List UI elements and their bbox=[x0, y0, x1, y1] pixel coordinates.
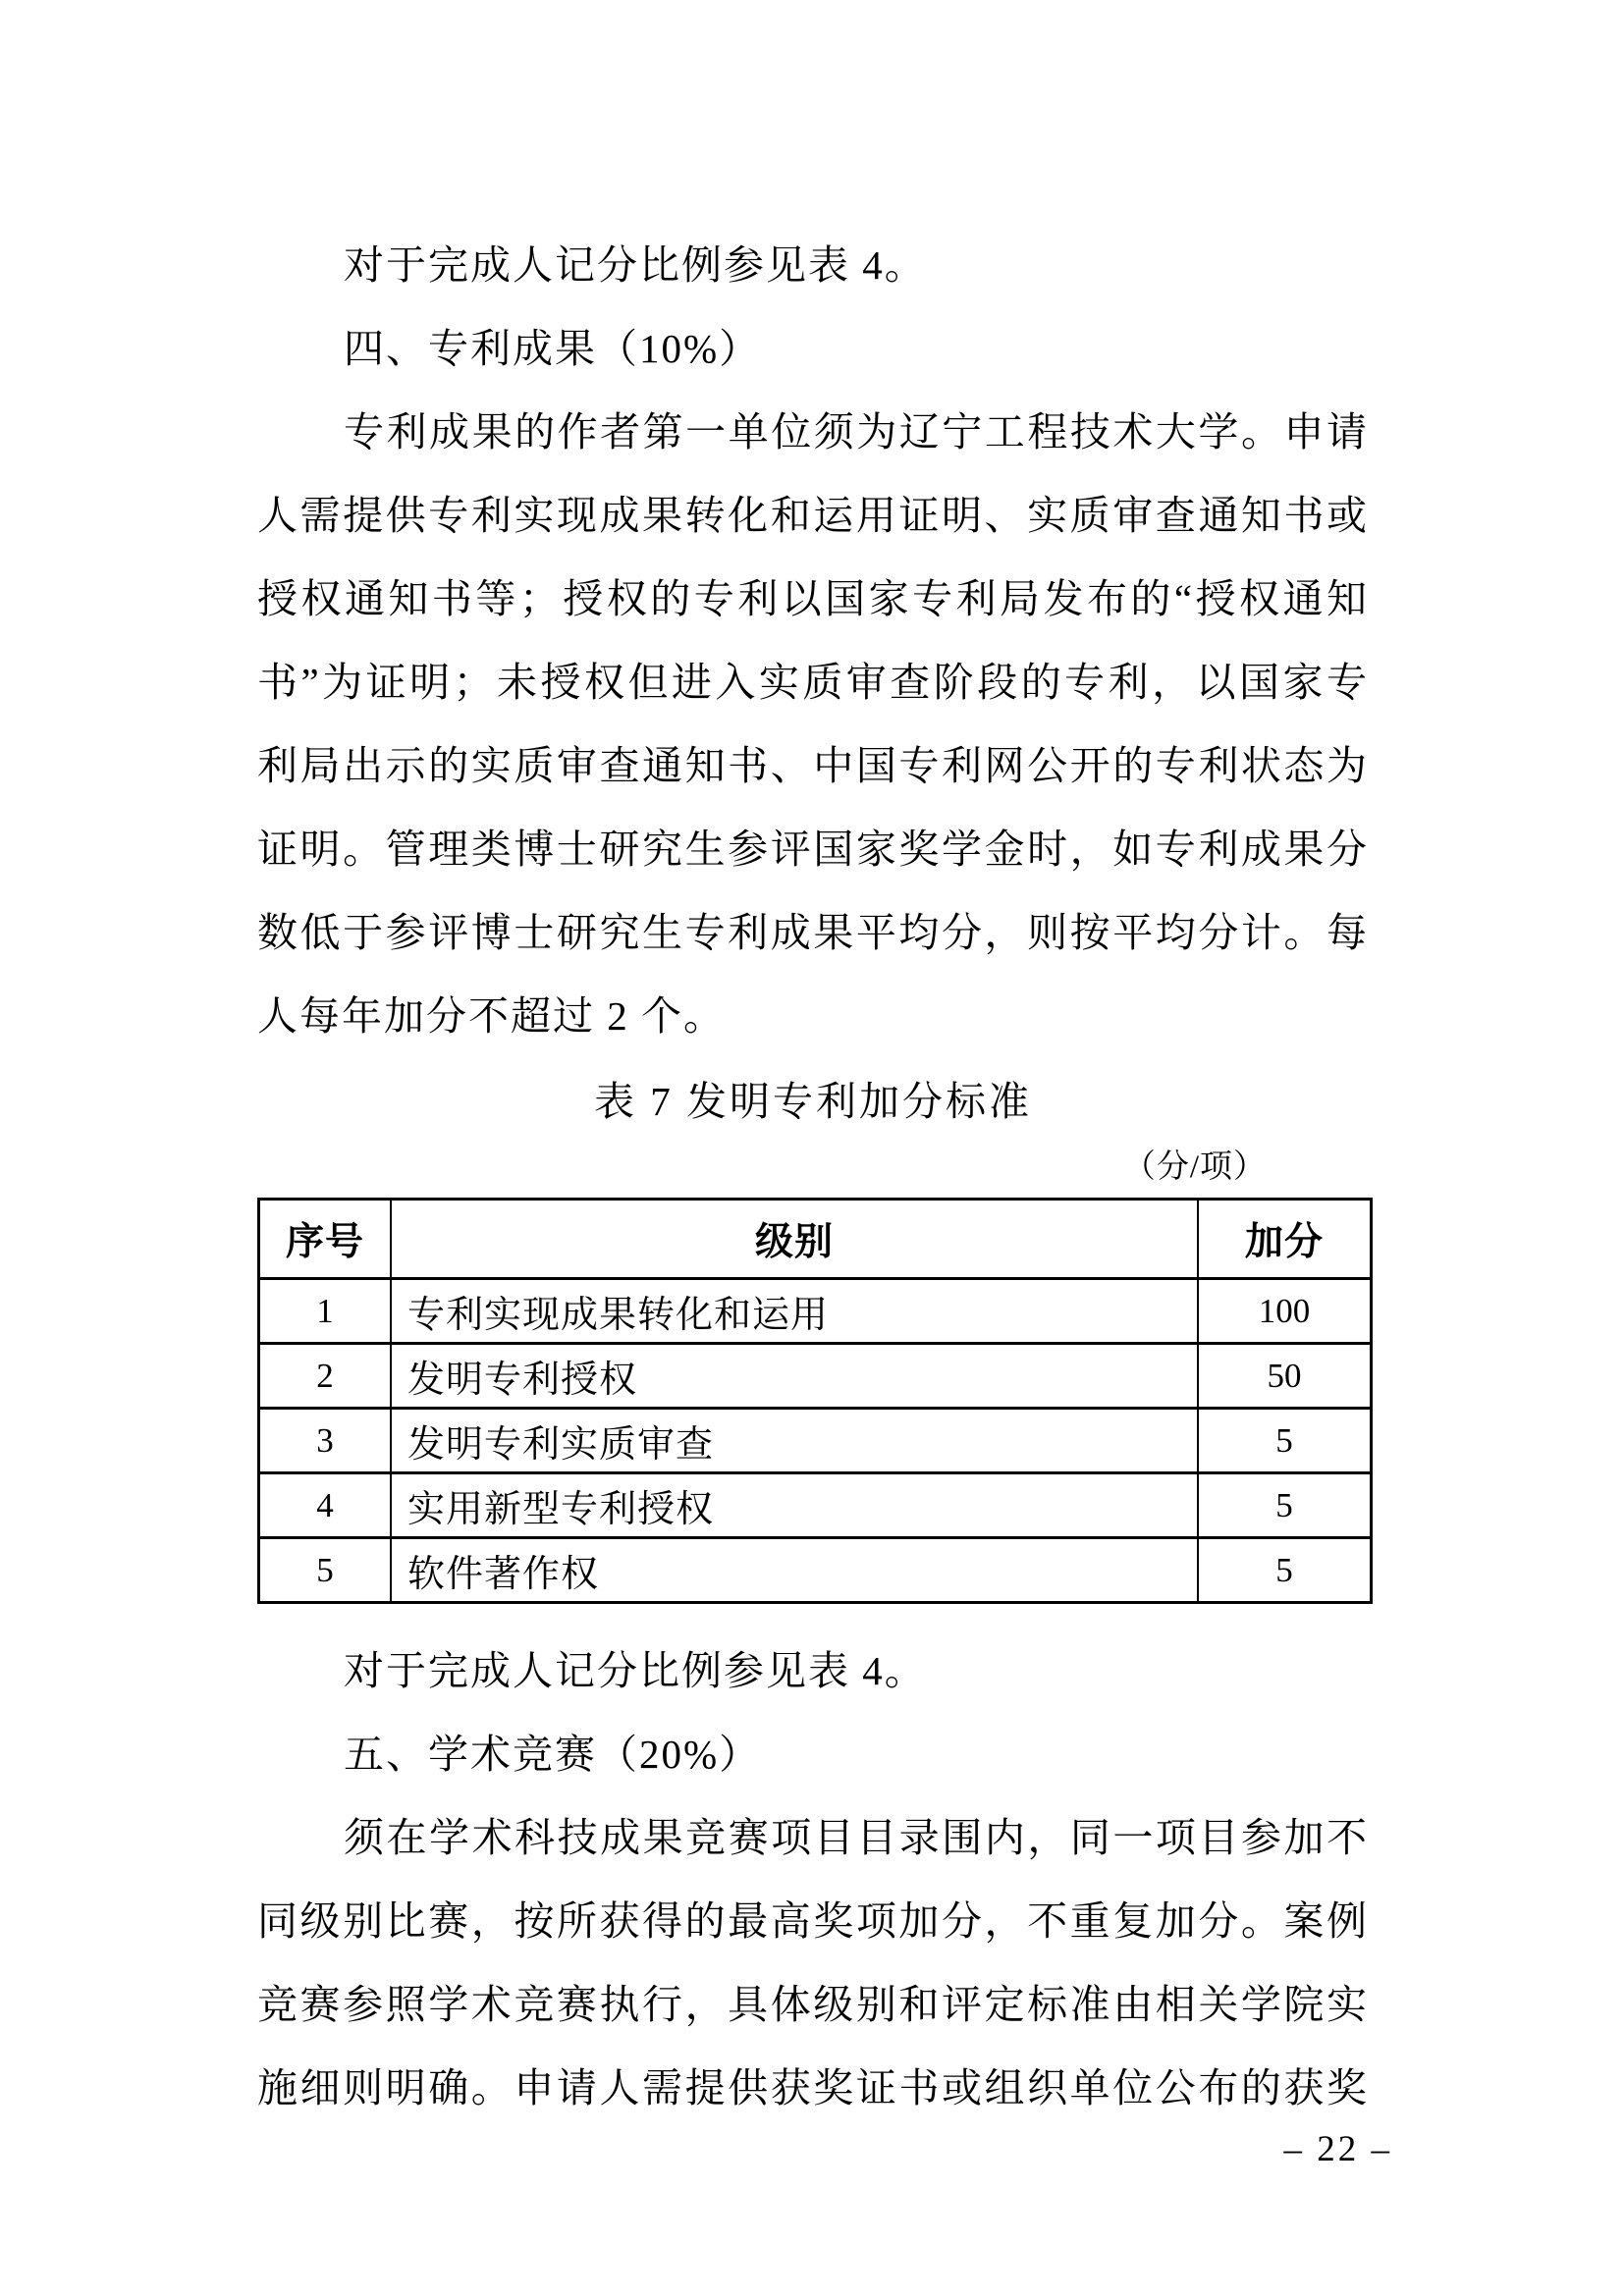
patent-para-line: 书”为证明；未授权但进入实质审查阶段的专利，以国家专 bbox=[257, 641, 1369, 724]
table-row: 5 软件著作权 5 bbox=[259, 1538, 1372, 1603]
section-heading-competition: 五、学术竞赛（20%） bbox=[257, 1713, 1369, 1796]
cell-no: 5 bbox=[259, 1538, 392, 1603]
competition-para-line: 竞赛参照学术竞赛执行，具体级别和评定标准由相关学院实 bbox=[257, 1963, 1369, 2047]
cell-score: 100 bbox=[1198, 1279, 1372, 1344]
competition-para-line: 同级别比赛，按所获得的最高奖项加分，不重复加分。案例 bbox=[257, 1880, 1369, 1963]
cell-level: 发明专利授权 bbox=[391, 1344, 1198, 1409]
cell-level: 实用新型专利授权 bbox=[391, 1473, 1198, 1538]
cell-no: 2 bbox=[259, 1344, 392, 1409]
col-header-level: 级别 bbox=[391, 1200, 1198, 1279]
table7-unit-label: （分/项） bbox=[257, 1143, 1369, 1192]
ref-table4-line-top: 对于完成人记分比例参见表 4。 bbox=[257, 224, 1369, 307]
cell-score: 50 bbox=[1198, 1344, 1372, 1409]
cell-no: 4 bbox=[259, 1473, 392, 1538]
table-row: 3 发明专利实质审查 5 bbox=[259, 1409, 1372, 1473]
section-heading-patent: 四、专利成果（10%） bbox=[257, 307, 1369, 391]
patent-para-line: 授权通知书等；授权的专利以国家专利局发布的“授权通知 bbox=[257, 558, 1369, 641]
patent-para-line: 人每年加分不超过 2 个。 bbox=[257, 975, 1369, 1058]
patent-para-line: 数低于参评博士研究生专利成果平均分，则按平均分计。每 bbox=[257, 891, 1369, 975]
table-row: 4 实用新型专利授权 5 bbox=[259, 1473, 1372, 1538]
page-number: – 22 – bbox=[1284, 2128, 1393, 2170]
competition-para-line: 须在学术科技成果竞赛项目目录围内，同一项目参加不 bbox=[257, 1796, 1369, 1880]
cell-level: 软件著作权 bbox=[391, 1538, 1198, 1603]
ref-table4-line-bottom: 对于完成人记分比例参见表 4。 bbox=[257, 1629, 1369, 1713]
cell-level: 专利实现成果转化和运用 bbox=[391, 1279, 1198, 1344]
cell-score: 5 bbox=[1198, 1538, 1372, 1603]
patent-para-line: 专利成果的作者第一单位须为辽宁工程技术大学。申请 bbox=[257, 391, 1369, 474]
table-row: 2 发明专利授权 50 bbox=[259, 1344, 1372, 1409]
cell-no: 1 bbox=[259, 1279, 392, 1344]
col-header-score: 加分 bbox=[1198, 1200, 1372, 1279]
patent-para-line: 人需提供专利实现成果转化和运用证明、实质审查通知书或 bbox=[257, 474, 1369, 558]
cell-score: 5 bbox=[1198, 1409, 1372, 1473]
cell-no: 3 bbox=[259, 1409, 392, 1473]
col-header-no: 序号 bbox=[259, 1200, 392, 1279]
patent-para-line: 利局出示的实质审查通知书、中国专利网公开的专利状态为 bbox=[257, 724, 1369, 808]
patent-para-line: 证明。管理类博士研究生参评国家奖学金时，如专利成果分 bbox=[257, 808, 1369, 891]
cell-level: 发明专利实质审查 bbox=[391, 1409, 1198, 1473]
table7-title: 表 7 发明专利加分标准 bbox=[257, 1060, 1369, 1143]
competition-para-line: 施细则明确。申请人需提供获奖证书或组织单位公布的获奖 bbox=[257, 2047, 1369, 2130]
cell-score: 5 bbox=[1198, 1473, 1372, 1538]
document-page: 对于完成人记分比例参见表 4。 四、专利成果（10%） 专利成果的作者第一单位须… bbox=[0, 0, 1624, 2296]
table-header-row: 序号 级别 加分 bbox=[259, 1200, 1372, 1279]
table7-patent-scores: 序号 级别 加分 1 专利实现成果转化和运用 100 2 发明专利授权 50 3… bbox=[257, 1198, 1373, 1604]
table-row: 1 专利实现成果转化和运用 100 bbox=[259, 1279, 1372, 1344]
